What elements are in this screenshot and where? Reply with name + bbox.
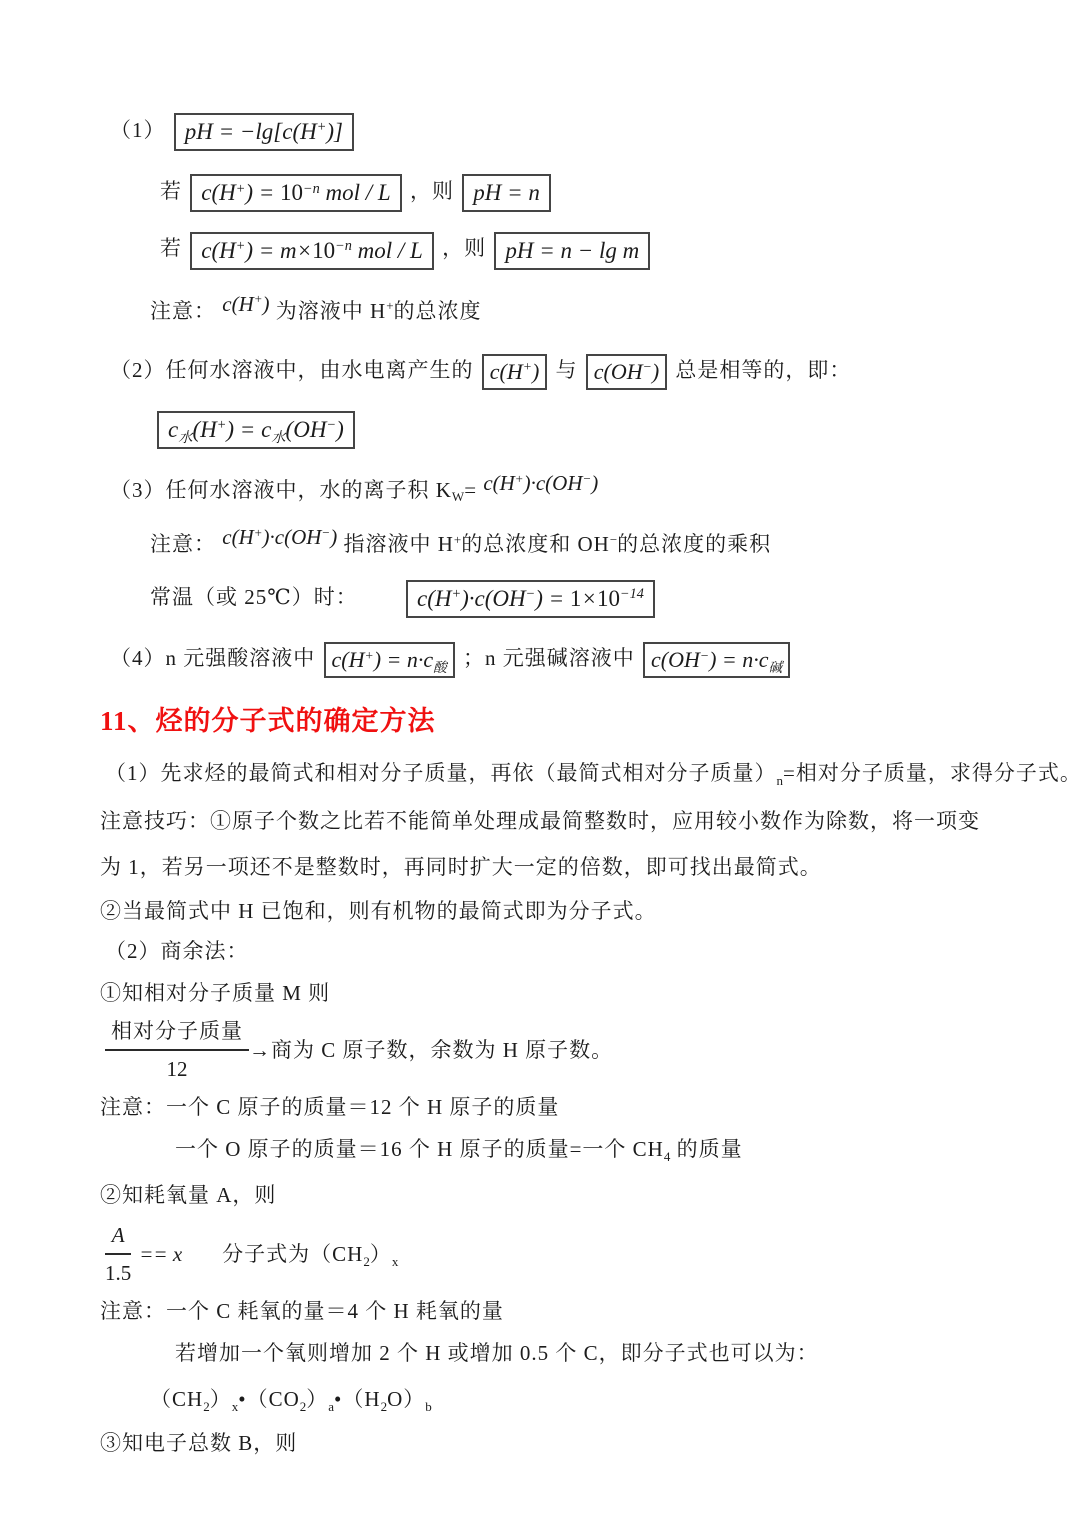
note-text: 为溶液中 H+的总浓度 [276, 299, 482, 323]
boxed-formula-nc-base: c(OH−) = n·c碱 [643, 642, 790, 678]
section-ph-formulas: （1） pH = −lg[c(H+)] 若 c(H+) = 10−n mol /… [100, 110, 992, 678]
boxed-formula-coh: c(OH−) [586, 354, 667, 390]
paragraph-step1: （1）先求烃的最简式和相对分子质量，再依（最简式相对分子质量）n=相对分子质量，… [100, 758, 992, 788]
formula-text: （CH2）x•（CO2）a•（H2O）b [150, 1387, 432, 1411]
document-page: （1） pH = −lg[c(H+)] 若 c(H+) = 10−n mol /… [0, 0, 1080, 1458]
fraction-molar-mass: 相对分子质量 12 [105, 1016, 249, 1084]
note-label: 注意： [150, 299, 216, 323]
line-note-ph: 注意： c(H+) 为溶液中 H+的总浓度 [100, 296, 992, 326]
paragraph-tip2: ②当最简式中 H 已饱和，则有机物的最简式即为分子式。 [100, 896, 992, 926]
fraction-numerator: A [105, 1220, 131, 1255]
inline-math-product: c(H+)·c(OH−) [222, 522, 337, 552]
boxed-formula-cwater-equal: c水(H+) = c水(OH−) [157, 411, 355, 449]
paragraph-text: 注意技巧：①原子个数之比若不能简单处理成最简整数时，应用较小数作为除数，将一项变 [100, 809, 980, 833]
section-11-hydrocarbon-formula: 11、烃的分子式的确定方法 （1）先求烃的最简式和相对分子质量，再依（最简式相对… [100, 704, 992, 1458]
note-label: 注意： [150, 532, 216, 556]
text-segment: 与 [556, 357, 578, 381]
boxed-formula-kw-value: c(H+)·c(OH−) = 1×10−14 [406, 580, 655, 618]
equation-equals-x: == x [139, 1239, 182, 1269]
fraction-a-over-1-5: A 1.5 [105, 1220, 131, 1288]
paragraph-known-electrons: ③知电子总数 B，则 [100, 1428, 992, 1458]
paragraph-known-oxygen: ②知耗氧量 A，则 [100, 1180, 992, 1210]
paragraph-tips-line1: 注意技巧：①原子个数之比若不能简单处理成最简整数时，应用较小数作为除数，将一项变 [100, 806, 992, 836]
line-note-kw: 注意： c(H+)·c(OH−) 指溶液中 H+的总浓度和 OH−的总浓度的乘积 [100, 529, 992, 559]
text-segment: ，则 [410, 179, 454, 203]
fraction-result-text: →商为 C 原子数，余数为 H 原子数。 [249, 1035, 613, 1065]
paragraph-tips-line2: 为 1，若另一项还不是整数时，再同时扩大一定的倍数，即可找出最简式。 [100, 852, 992, 882]
paragraph-text: ③知电子总数 B，则 [100, 1431, 297, 1455]
text-segment: 常温（或 25℃）时： [150, 585, 358, 609]
section-heading: 11、烃的分子式的确定方法 [100, 704, 992, 738]
paragraph-oxygen-adjust: 若增加一个氧则增加 2 个 H 或增加 0.5 个 C，即分子式也可以为： [100, 1338, 992, 1368]
line-alt-formula: （CH2）x•（CO2）a•（H2O）b [100, 1384, 992, 1414]
fraction-numerator: 相对分子质量 [105, 1016, 249, 1051]
paragraph-text: ②当最简式中 H 已饱和，则有机物的最简式即为分子式。 [100, 899, 657, 923]
paragraph-method2: （2）商余法： [100, 936, 992, 966]
text-segment: 若 [160, 179, 182, 203]
inline-math-kw-product: c(H+)·c(OH−) [483, 468, 598, 498]
paragraph-note-c4h: 注意：一个 C 耗氧的量＝4 个 H 耗氧的量 [100, 1296, 992, 1326]
line-fraction-molar-mass: 相对分子质量 12 →商为 C 原子数，余数为 H 原子数。 [100, 1016, 992, 1084]
line-item2-water-ion: （2）任何水溶液中，由水电离产生的 c(H+) 与 c(OH−) 总是相等的，即… [100, 354, 992, 390]
line-fraction-oxygen: A 1.5 == x 分子式为（CH2）x [100, 1220, 992, 1288]
paragraph-text: ①知相对分子质量 M 则 [100, 981, 330, 1005]
paragraph-text: 一个 O 原子的质量＝16 个 H 原子的质量=一个 CH4 的质量 [175, 1137, 743, 1161]
text-segment: 若 [160, 236, 182, 260]
boxed-formula-ch-10n: c(H+) = 10−n mol / L [190, 174, 401, 212]
paragraph-note-c12h: 注意：一个 C 原子的质量＝12 个 H 原子的质量 [100, 1092, 992, 1122]
paragraph-note-o16h: 一个 O 原子的质量＝16 个 H 原子的质量=一个 CH4 的质量 [100, 1134, 992, 1164]
text-segment: 总是相等的，即： [675, 357, 851, 381]
fraction-denominator: 12 [105, 1051, 249, 1084]
note-text: 指溶液中 H+的总浓度和 OH−的总浓度的乘积 [343, 532, 771, 556]
text-segment: （3）任何水溶液中，水的离子积 KW= [110, 478, 477, 502]
boxed-formula-ch: c(H+) [482, 354, 548, 390]
paragraph-text: 为 1，若另一项还不是整数时，再同时扩大一定的倍数，即可找出最简式。 [100, 855, 822, 879]
line-room-temp-kw: 常温（或 25℃）时： c(H+)·c(OH−) = 1×10−14 [100, 577, 992, 618]
item-label: （1） [110, 118, 166, 142]
boxed-formula-nc-acid: c(H+) = n·c酸 [324, 642, 455, 678]
line-ph-case2: 若 c(H+) = m×10−n mol / L ，则 pH = n − lg … [100, 228, 992, 269]
boxed-formula-ph-n: pH = n [462, 174, 551, 212]
text-segment: （2）任何水溶液中，由水电离产生的 [110, 357, 474, 381]
paragraph-text: 注意：一个 C 耗氧的量＝4 个 H 耗氧的量 [100, 1299, 504, 1323]
paragraph-text: 注意：一个 C 原子的质量＝12 个 H 原子的质量 [100, 1095, 559, 1119]
paragraph-text: ②知耗氧量 A，则 [100, 1183, 276, 1207]
paragraph-known-m: ①知相对分子质量 M 则 [100, 978, 992, 1008]
paragraph-text: 若增加一个氧则增加 2 个 H 或增加 0.5 个 C，即分子式也可以为： [175, 1341, 819, 1365]
paragraph-text: （2）商余法： [105, 939, 249, 963]
paragraph-text: （1）先求烃的最简式和相对分子质量，再依（最简式相对分子质量）n=相对分子质量，… [105, 761, 1080, 785]
line-water-equality: c水(H+) = c水(OH−) [100, 408, 992, 449]
text-segment: ；n 元强碱溶液中 [463, 646, 635, 670]
line-item3-kw: （3）任何水溶液中，水的离子积 KW= c(H+)·c(OH−) [100, 475, 992, 505]
fraction-denominator: 1.5 [105, 1255, 131, 1288]
text-segment: ，则 [442, 236, 486, 260]
text-segment: （4）n 元强酸溶液中 [110, 646, 315, 670]
boxed-formula-ph-nlgm: pH = n − lg m [494, 232, 650, 270]
boxed-formula-ch-m10n: c(H+) = m×10−n mol / L [190, 232, 434, 270]
line-item4-strong-acid-base: （4）n 元强酸溶液中 c(H+) = n·c酸 ；n 元强碱溶液中 c(OH−… [100, 638, 992, 678]
inline-math-ch: c(H+) [222, 289, 269, 319]
line-ph-definition: （1） pH = −lg[c(H+)] [100, 110, 992, 151]
formula-result-text: 分子式为（CH2）x [222, 1239, 398, 1269]
line-ph-case1: 若 c(H+) = 10−n mol / L ，则 pH = n [100, 171, 992, 212]
boxed-formula-ph-def: pH = −lg[c(H+)] [174, 113, 354, 151]
